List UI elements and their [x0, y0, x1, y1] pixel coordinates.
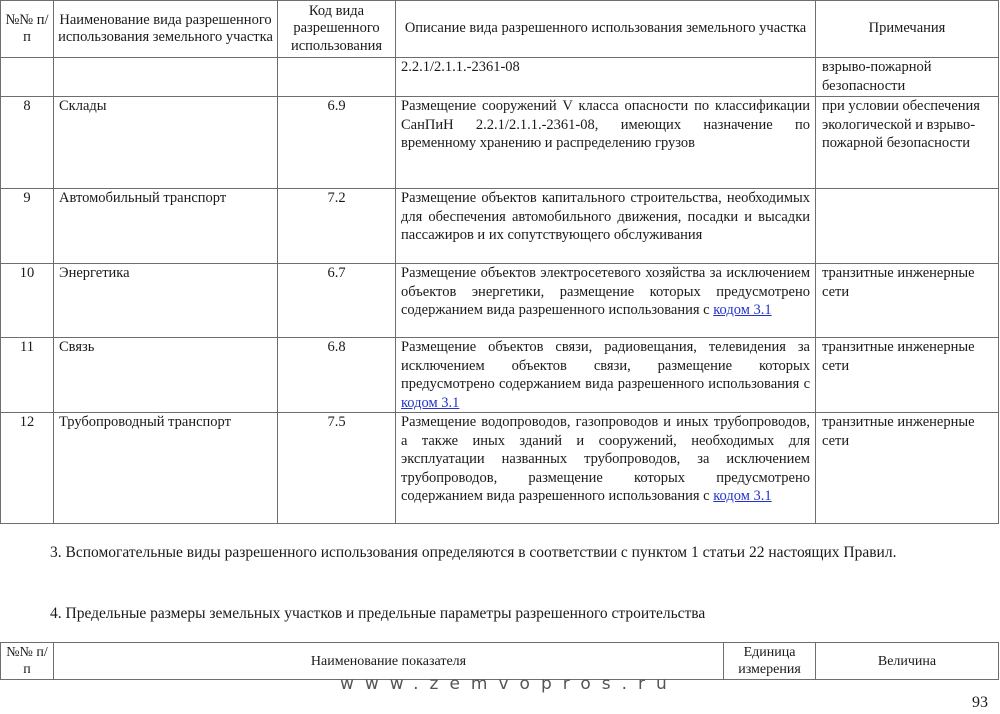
header-num: №№ п/п: [1, 643, 54, 680]
watermark: www.zemvopros.ru: [340, 674, 678, 694]
cell-notes: транзитные инженерные сети: [816, 338, 999, 413]
paragraph-limits-heading: 4. Предельные размеры земельных участков…: [50, 603, 990, 625]
header-unit: Единица измерения: [724, 643, 816, 680]
cell-code: 7.5: [278, 413, 396, 524]
header-description: Описание вида разрешенного использования…: [396, 1, 816, 58]
paragraph-auxiliary-uses: 3. Вспомогательные виды разрешенного исп…: [0, 542, 992, 564]
cell-notes: взрыво-пожарной безопасности: [816, 58, 999, 97]
cell-name: Связь: [54, 338, 278, 413]
table-row: 11 Связь 6.8 Размещение объектов связи, …: [1, 338, 999, 413]
cell-num: 9: [1, 189, 54, 264]
cell-num: 12: [1, 413, 54, 524]
cell-name: Трубопроводный транспорт: [54, 413, 278, 524]
code-link[interactable]: кодом 3.1: [401, 395, 459, 411]
cell-code: 6.7: [278, 264, 396, 338]
cell-num: 10: [1, 264, 54, 338]
cell-num: 8: [1, 97, 54, 189]
permitted-use-table: №№ п/п Наименование вида разрешенного ис…: [0, 0, 999, 524]
cell-notes: [816, 189, 999, 264]
header-code: Код вида разрешенного использования: [278, 1, 396, 58]
table-row: 9 Автомобильный транспорт 7.2 Размещение…: [1, 189, 999, 264]
header-num: №№ п/п: [1, 1, 54, 58]
cell-notes: транзитные инженерные сети: [816, 413, 999, 524]
cell-description: Размещение водопроводов, газопроводов и …: [396, 413, 816, 524]
cell-code: 7.2: [278, 189, 396, 264]
cell-description: Размещение сооружений V класса опасности…: [396, 97, 816, 189]
header-value: Величина: [816, 643, 999, 680]
cell-name: Автомобильный транспорт: [54, 189, 278, 264]
cell-code: 6.9: [278, 97, 396, 189]
cell-name: Энергетика: [54, 264, 278, 338]
cell-name: Склады: [54, 97, 278, 189]
description-text: Размещение объектов связи, радиовещания,…: [401, 339, 810, 392]
cell-num: 11: [1, 338, 54, 413]
cell-notes: при условии обеспечения экологической и …: [816, 97, 999, 189]
code-link[interactable]: кодом 3.1: [713, 302, 771, 318]
cell-num: [1, 58, 54, 97]
cell-name: [54, 58, 278, 97]
table-row: 12 Трубопроводный транспорт 7.5 Размещен…: [1, 413, 999, 524]
cell-description: 2.2.1/2.1.1.-2361-08: [396, 58, 816, 97]
cell-notes: транзитные инженерные сети: [816, 264, 999, 338]
page-number: 93: [972, 694, 988, 712]
table-row-continuation: 2.2.1/2.1.1.-2361-08 взрыво-пожарной без…: [1, 58, 999, 97]
cell-code: 6.8: [278, 338, 396, 413]
header-name: Наименование вида разрешенного использов…: [54, 1, 278, 58]
cell-description: Размещение объектов электросетевого хозя…: [396, 264, 816, 338]
table-header-row: №№ п/п Наименование вида разрешенного ис…: [1, 1, 999, 58]
description-text: Размещение объектов капитального строите…: [401, 190, 810, 243]
cell-description: Размещение объектов связи, радиовещания,…: [396, 338, 816, 413]
cell-code: [278, 58, 396, 97]
description-text: Размещение сооружений V класса опасности…: [401, 98, 810, 151]
cell-description: Размещение объектов капитального строите…: [396, 189, 816, 264]
table-row: 10 Энергетика 6.7 Размещение объектов эл…: [1, 264, 999, 338]
header-notes: Примечания: [816, 1, 999, 58]
code-link[interactable]: кодом 3.1: [713, 488, 771, 504]
table-row: 8 Склады 6.9 Размещение сооружений V кла…: [1, 97, 999, 189]
